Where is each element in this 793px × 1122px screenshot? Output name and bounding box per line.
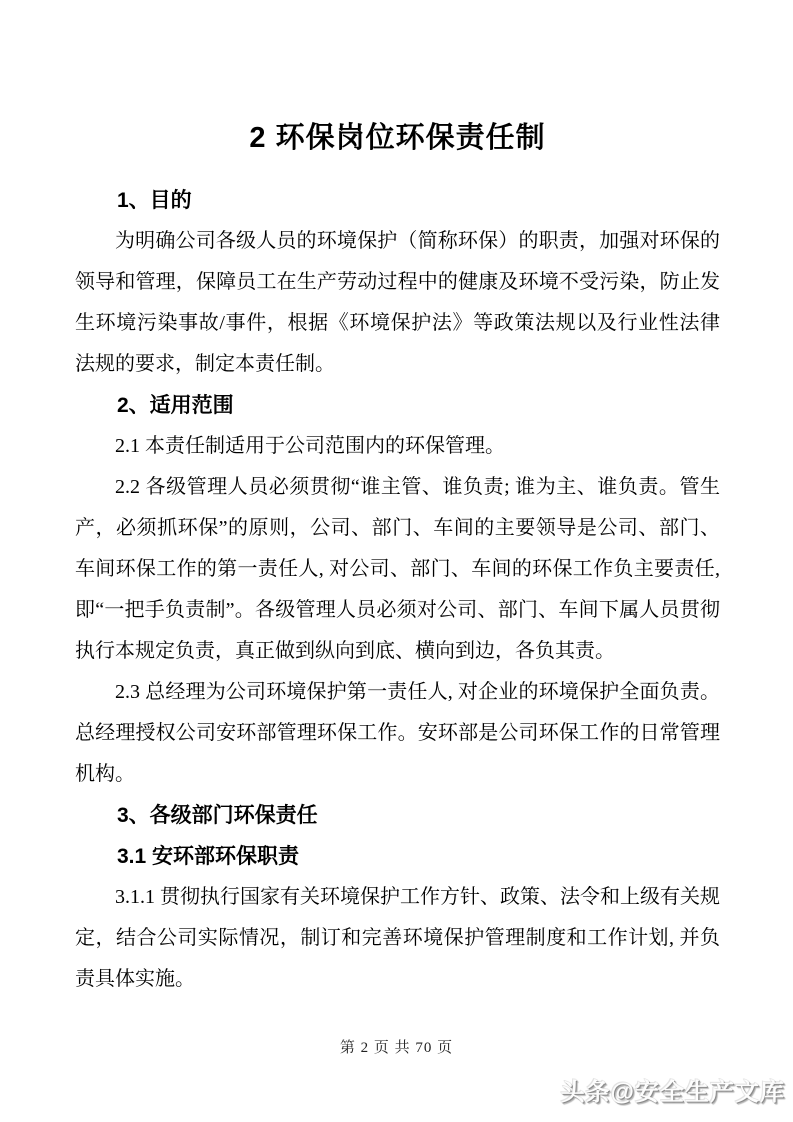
page-title: 2 环保岗位环保责任制 (75, 118, 720, 158)
paragraph-scope-2-2: 2.2 各级管理人员必须贯彻“谁主管、谁负责; 谁为主、谁负责。管生产，必须抓环… (75, 467, 720, 672)
section-heading-safety-env-dept: 3.1 安环部环保职责 (75, 836, 720, 877)
section-heading-scope: 2、适用范围 (75, 385, 720, 426)
section-heading-purpose: 1、目的 (75, 180, 720, 221)
paragraph-duty-3-1-1: 3.1.1 贯彻执行国家有关环境保护工作方针、政策、法令和上级有关规定，结合公司… (75, 877, 720, 1000)
page-number-footer: 第 2 页 共 70 页 (0, 1036, 793, 1057)
paragraph-purpose: 为明确公司各级人员的环境保护（简称环保）的职责，加强对环保的领导和管理，保障员工… (75, 221, 720, 385)
watermark: 头条@安全生产文库 (561, 1072, 785, 1107)
document-body: 2 环保岗位环保责任制 1、目的 为明确公司各级人员的环境保护（简称环保）的职责… (75, 118, 720, 1000)
document-page: 2 环保岗位环保责任制 1、目的 为明确公司各级人员的环境保护（简称环保）的职责… (0, 0, 793, 1122)
paragraph-scope-2-3: 2.3 总经理为公司环境保护第一责任人, 对企业的环境保护全面负责。总经理授权公… (75, 672, 720, 795)
section-heading-dept-responsibility: 3、各级部门环保责任 (75, 795, 720, 836)
paragraph-scope-2-1: 2.1 本责任制适用于公司范围内的环保管理。 (75, 426, 720, 467)
